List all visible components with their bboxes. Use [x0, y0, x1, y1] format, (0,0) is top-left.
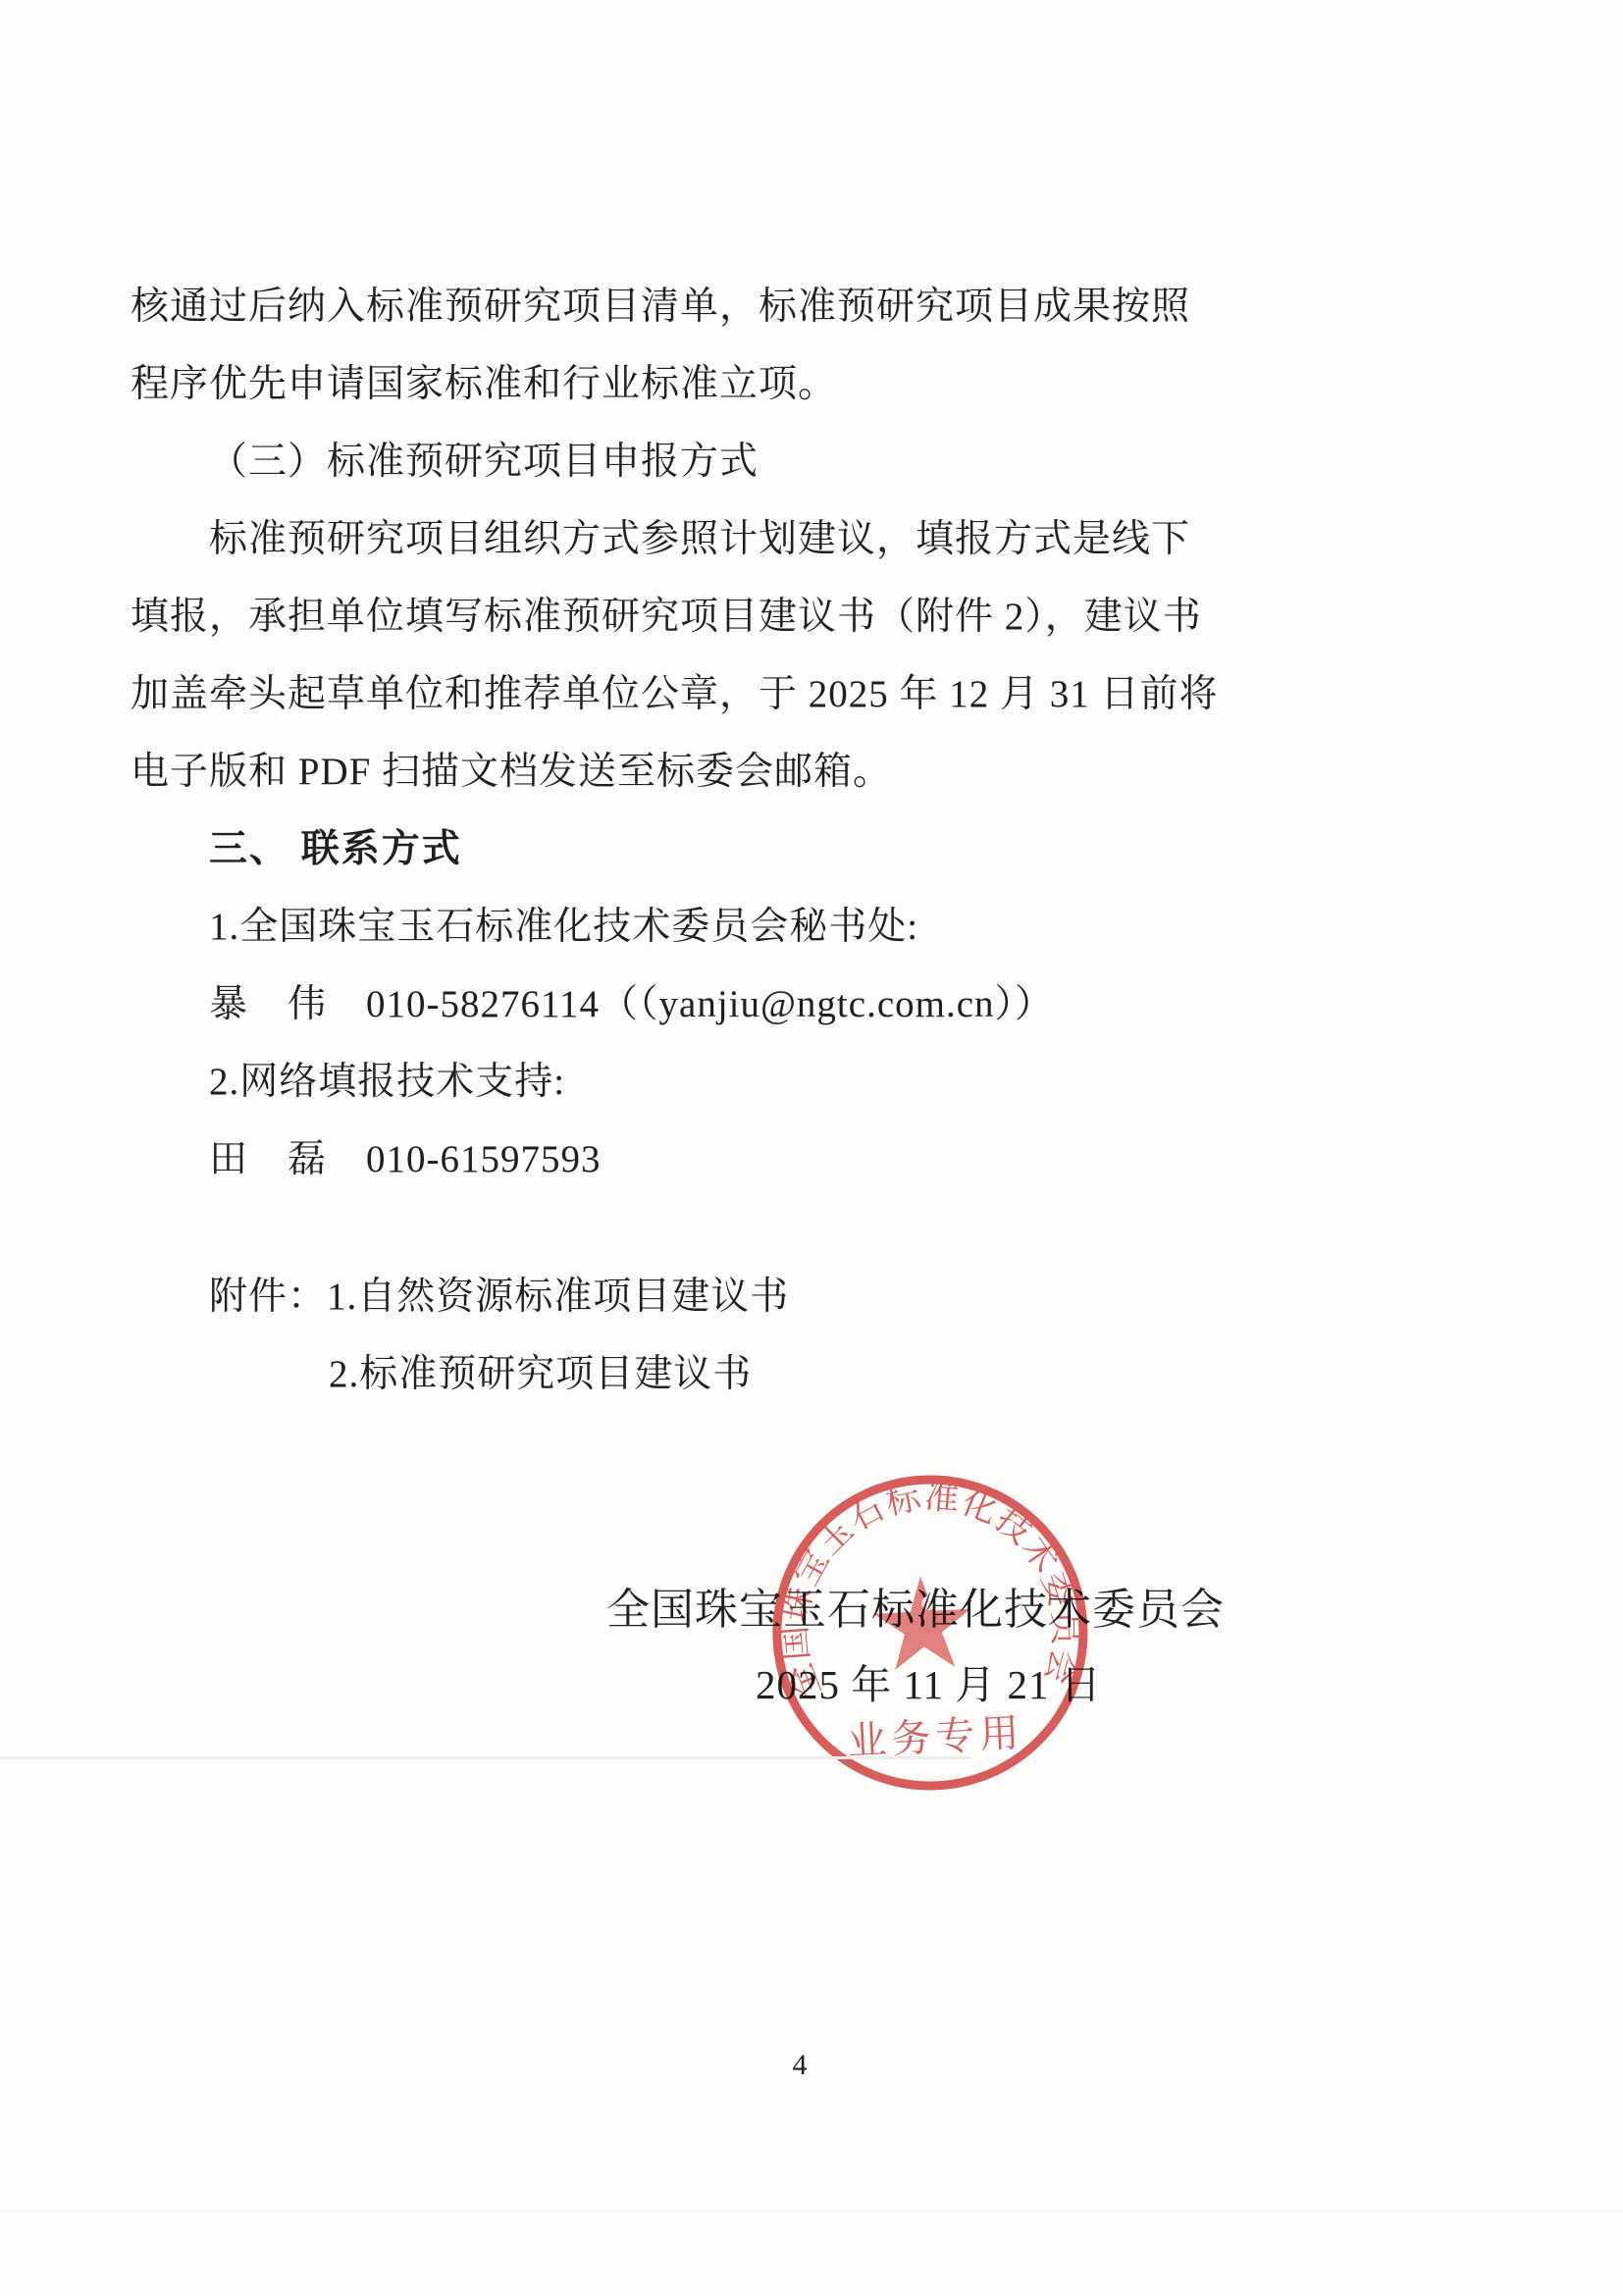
scan-artifact-line: [0, 2210, 1623, 2212]
body-line-5: 填报，承担单位填写标准预研究项目建议书（附件 2），建议书: [131, 595, 1202, 641]
official-seal: 全国珠宝玉石标准化技术委员会 业务专用: [753, 1457, 1108, 1812]
contact-line-phone-2: 田 磊 010-61597593: [209, 1137, 602, 1183]
svg-text:全国珠宝玉石标准化技术委员会: 全国珠宝玉石标准化技术委员会: [767, 1469, 1087, 1704]
attachment-line-1: 附件：1.自然资源标准项目建议书: [209, 1275, 789, 1321]
seal-bottom-text: 业务专用: [846, 1710, 1024, 1763]
body-line-7: 电子版和 PDF 扫描文档发送至标委会邮箱。: [131, 750, 892, 796]
seal-star-icon: [871, 1574, 973, 1671]
attachment-line-2: 2.标准预研究项目建议书: [329, 1352, 752, 1398]
body-line-2: 程序优先申请国家标准和行业标准立项。: [131, 362, 837, 408]
contact-line-secretariat: 1.全国珠宝玉石标准化技术委员会秘书处:: [209, 905, 918, 951]
document-page: 核通过后纳入标准预研究项目清单，标准预研究项目成果按照 程序优先申请国家标准和行…: [0, 0, 1623, 2296]
contact-section-heading: 三、 联系方式: [209, 827, 462, 873]
body-line-6: 加盖牵头起草单位和推荐单位公章，于 2025 年 12 月 31 日前将: [131, 672, 1219, 718]
contact-line-support: 2.网络填报技术支持:: [209, 1060, 565, 1106]
section-heading-3: （三）标准预研究项目申报方式: [209, 440, 759, 486]
body-line-4: 标准预研究项目组织方式参照计划建议，填报方式是线下: [209, 517, 1190, 563]
contact-line-phone-email: 暴 伟 010-58276114（（yanjiu@ngtc.com.cn））: [209, 982, 1054, 1028]
body-line-1: 核通过后纳入标准预研究项目清单，标准预研究项目成果按照: [131, 285, 1190, 331]
page-number: 4: [751, 2049, 849, 2082]
seal-arc-text: 全国珠宝玉石标准化技术委员会: [767, 1469, 1087, 1704]
